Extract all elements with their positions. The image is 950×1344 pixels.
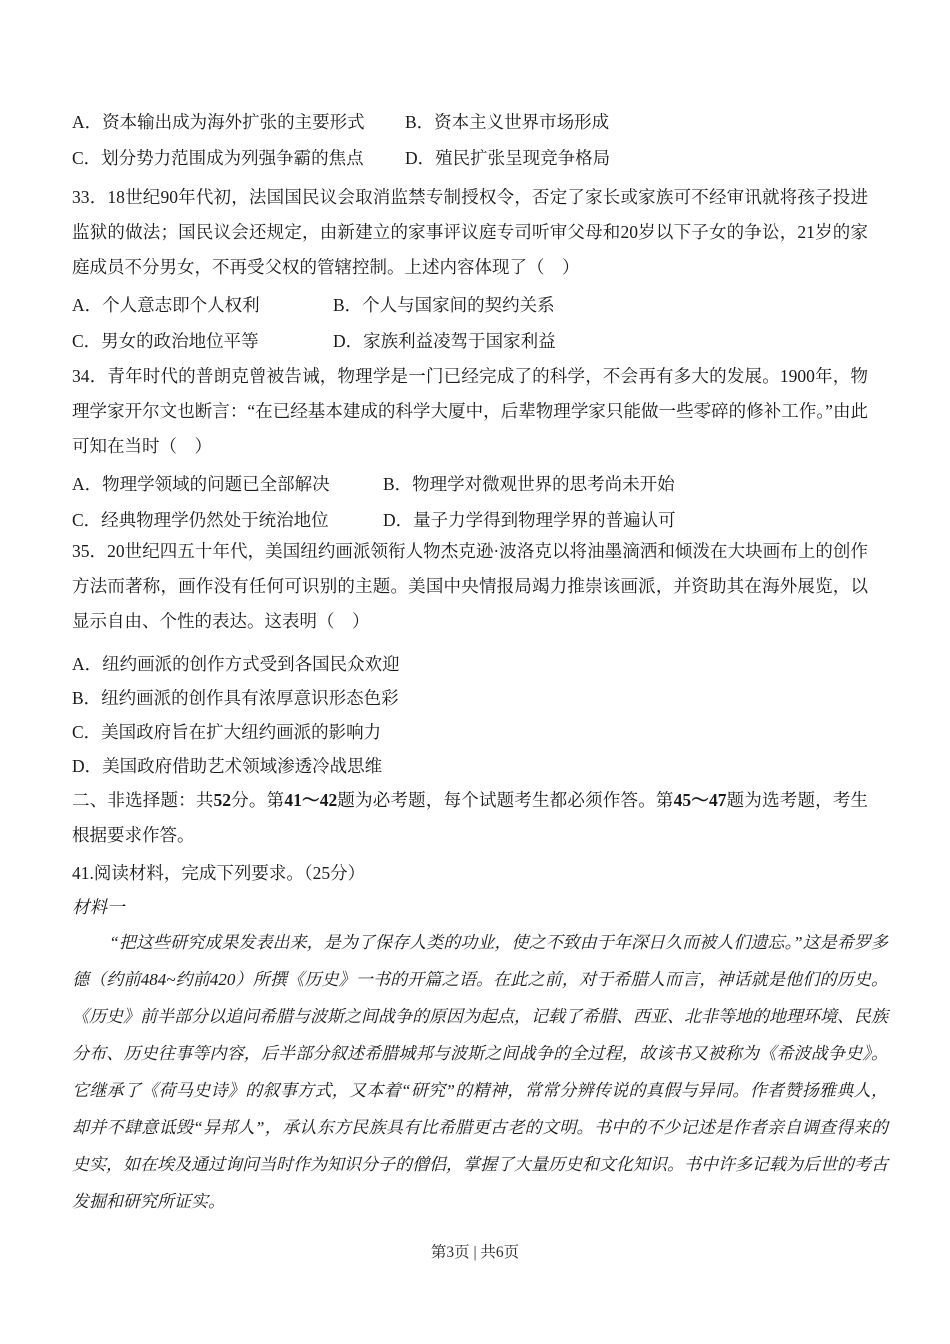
question-34-stem: 34．青年时代的普朗克曾被告诫，物理学是一门已经完成了的科学，不会再有多大的发展… <box>72 359 868 464</box>
question-32-options-row-1: A．资本输出成为海外扩张的主要形式 B．资本主义世界市场形成 <box>72 104 868 140</box>
section-2-header: 二、非选择题：共52分。第41～42题为必考题，每个试题考生都必须作答。第45～… <box>72 783 868 853</box>
question-34-options-row-2: C．经典物理学仍然处于统治地位 D．量子力学得到物理学界的普遍认可 <box>72 502 868 538</box>
question-41-intro: 41.阅读材料，完成下列要求。（25分） <box>72 856 888 891</box>
question-34-options: A．物理学领域的问题已全部解决 B．物理学对微观世界的思考尚未开始 C．经典物理… <box>72 466 868 538</box>
question-35-option-c: C．美国政府旨在扩大纽约画派的影响力 <box>72 715 868 749</box>
question-35-options: A．纽约画派的创作方式受到各国民众欢迎 B．纽约画派的创作具有浓厚意识形态色彩 … <box>72 647 868 783</box>
question-34-option-a: A．物理学领域的问题已全部解决 <box>72 466 383 502</box>
question-32-options: A．资本输出成为海外扩张的主要形式 B．资本主义世界市场形成 C．划分势力范围成… <box>72 104 868 176</box>
question-34-option-c: C．经典物理学仍然处于统治地位 <box>72 502 383 538</box>
question-32-option-d: D．殖民扩张呈现竞争格局 <box>405 140 610 176</box>
question-34-option-d: D．量子力学得到物理学界的普遍认可 <box>383 502 676 538</box>
question-35-option-d: D．美国政府借助艺术领域渗透冷战思维 <box>72 749 868 783</box>
question-33-option-a: A．个人意志即个人权利 <box>72 287 333 323</box>
question-33-options: A．个人意志即个人权利 B．个人与国家间的契约关系 C．男女的政治地位平等 D．… <box>72 287 868 359</box>
page-content: A．资本输出成为海外扩张的主要形式 B．资本主义世界市场形成 C．划分势力范围成… <box>72 104 888 1220</box>
question-35-stem: 35．20世纪四五十年代，美国纽约画派领衔人物杰克逊·波洛克以将油墨滴洒和倾泼在… <box>72 534 868 639</box>
question-35-option-b: B．纽约画派的创作具有浓厚意识形态色彩 <box>72 681 868 715</box>
question-34-options-row-1: A．物理学领域的问题已全部解决 B．物理学对微观世界的思考尚未开始 <box>72 466 868 502</box>
question-32-options-row-2: C．划分势力范围成为列强争霸的焦点 D．殖民扩张呈现竞争格局 <box>72 140 868 176</box>
section-2-header-bold-required: 41～42 <box>284 790 337 810</box>
question-33-options-row-2: C．男女的政治地位平等 D．家族利益凌驾于国家利益 <box>72 323 868 359</box>
section-2-header-segment: 分。第 <box>231 790 284 810</box>
section-2-header-bold-total: 52 <box>214 790 232 810</box>
question-35-option-a: A．纽约画派的创作方式受到各国民众欢迎 <box>72 647 868 681</box>
section-2-header-segment: 二、非选择题：共 <box>72 790 214 810</box>
question-32-option-c: C．划分势力范围成为列强争霸的焦点 <box>72 140 405 176</box>
question-34-option-b: B．物理学对微观世界的思考尚未开始 <box>383 466 675 502</box>
material-1-text: “把这些研究成果发表出来，是为了保存人类的功业，使之不致由于年深日久而被人们遗忘… <box>72 924 888 1220</box>
question-33-option-d: D．家族利益凌驾于国家利益 <box>333 323 556 359</box>
question-33-options-row-1: A．个人意志即个人权利 B．个人与国家间的契约关系 <box>72 287 868 323</box>
material-1-label: 材料一 <box>72 891 888 924</box>
section-2-header-segment: 题为必考题，每个试题考生都必须作答。第 <box>337 790 673 810</box>
question-32-option-b: B．资本主义世界市场形成 <box>405 104 609 140</box>
question-33-option-c: C．男女的政治地位平等 <box>72 323 333 359</box>
question-33-stem: 33．18世纪90年代初，法国国民议会取消监禁专制授权令，否定了家长或家族可不经… <box>72 180 868 285</box>
exam-page: A．资本输出成为海外扩张的主要形式 B．资本主义世界市场形成 C．划分势力范围成… <box>0 0 950 1344</box>
question-32-option-a: A．资本输出成为海外扩张的主要形式 <box>72 104 405 140</box>
question-33-option-b: B．个人与国家间的契约关系 <box>333 287 555 323</box>
section-2-header-bold-optional: 45～47 <box>674 790 727 810</box>
page-footer: 第3页 | 共6页 <box>0 1245 950 1261</box>
